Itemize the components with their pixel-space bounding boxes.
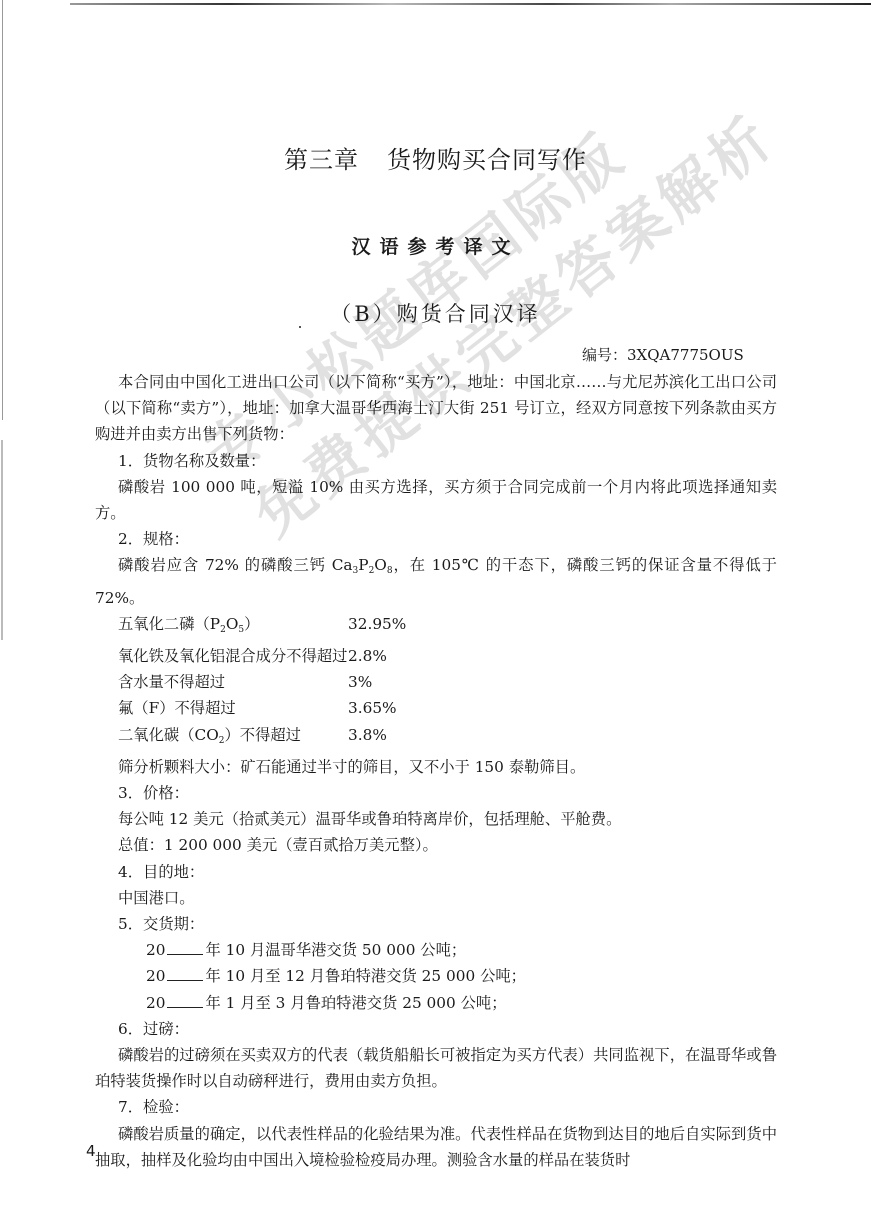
sieve-analysis: 筛分析颗料大小：矿石能通过半寸的筛目，又不小于 150 泰勒筛目。 [95,754,777,780]
delivery-text: 年 1 月至 3 月鲁珀特港交货 25 000 公吨； [205,994,506,1012]
clause-1-heading: 1．货物名称及数量： [95,448,777,474]
clause-4-heading: 4．目的地： [95,859,777,885]
chapter-name: 货物购买合同写作 [387,146,587,174]
delivery-line: 20年 1 月至 3 月鲁珀特港交货 25 000 公吨； [95,990,777,1016]
spec-row: 氟（F）不得超过 3.65% [95,695,777,721]
year-blank [167,993,203,1008]
spec-label: 氧化铁及氧化铝混合成分不得超过 [118,643,348,669]
spec-row: 含水量不得超过 3% [95,669,777,695]
spec-value: 3% [348,669,372,695]
clause-5-heading: 5．交货期： [95,911,777,937]
spec-row: 二氧化碳（CO2）不得超过 3.8% [95,722,777,754]
scan-edge-left [2,0,3,420]
delivery-text: 年 10 月至 12 月鲁珀特港交货 25 000 公吨； [205,967,526,985]
destination-text: 中国港口。 [95,885,777,911]
spec-value: 32.95% [348,611,406,643]
clause-2-heading: 2．规格： [95,526,777,552]
preamble: 本合同由中国化工进出口公司（以下简称“买方”），地址：中国北京……与尤尼苏滨化工… [95,369,777,448]
clause-3-heading: 3．价格： [95,780,777,806]
clause-2-text: 磷酸岩应含 72% 的磷酸三钙 Ca3P2O8，在 105℃ 的干态下，磷酸三钙… [95,552,777,610]
price-line: 每公吨 12 美元（拾贰美元）温哥华或鲁珀特离岸价，包括理舱、平舱费。 [95,806,777,832]
scan-edge-left-lower [1,440,3,640]
text: ）不得超过 [224,726,301,744]
spec-row: 氧化铁及氧化铝混合成分不得超过 2.8% [95,643,777,669]
spec-value: 2.8% [348,643,387,669]
spec-label: 二氧化碳（CO2）不得超过 [118,722,348,754]
text: 五氧化二磷（P [118,615,220,633]
year-prefix: 20 [146,967,165,985]
total-value-line: 总值：1 200 000 美元（壹百贰拾万美元整）。 [95,832,777,858]
spec-value: 3.65% [348,695,397,721]
delivery-line: 20年 10 月至 12 月鲁珀特港交货 25 000 公吨； [95,963,777,989]
clause-1-text: 磷酸岩 100 000 吨，短溢 10% 由买方选择，买方须于合同完成前一个月内… [95,474,777,526]
text: ） [244,615,259,633]
text: O [226,615,239,633]
section-title: 汉语参考译文 [0,232,871,259]
contract-body: 本合同由中国化工进出口公司（以下简称“买方”），地址：中国北京……与尤尼苏滨化工… [95,369,777,1173]
year-prefix: 20 [146,941,165,959]
text: 二氧化碳（CO [118,726,219,744]
spec-row: 五氧化二磷（P2O5） 32.95% [95,611,777,643]
text: P [358,556,368,574]
clause-6-text: 磷酸岩的过磅须在买卖双方的代表（载货船船长可被指定为买方代表）共同监视下，在温哥… [95,1042,777,1094]
year-blank [167,940,203,955]
spec-label: 氟（F）不得超过 [118,695,348,721]
sub-title: （B）购货合同汉译 [0,298,871,328]
text: O [374,556,387,574]
chapter-number: 第三章 [284,146,359,174]
clause-6-heading: 6．过磅： [95,1016,777,1042]
year-prefix: 20 [146,994,165,1012]
chapter-title: 第三章货物购买合同写作 [0,140,871,175]
spec-value: 3.8% [348,722,387,754]
spec-label: 含水量不得超过 [118,669,348,695]
contract-number: 编号：3XQA7775OUS [582,344,744,365]
spec-label: 五氧化二磷（P2O5） [118,611,348,643]
stray-dot [299,326,301,328]
year-blank [167,966,203,981]
page-top-rule [70,3,871,5]
delivery-line: 20年 10 月温哥华港交货 50 000 公吨； [95,937,777,963]
text: 磷酸岩应含 72% 的磷酸三钙 Ca [118,556,353,574]
clause-7-heading: 7．检验： [95,1094,777,1120]
delivery-text: 年 10 月温哥华港交货 50 000 公吨； [205,941,466,959]
clause-7-text: 磷酸岩质量的确定，以代表性样品的化验结果为准。代表性样品在货物到达目的地后自实际… [95,1121,777,1173]
page-number: 4 [86,1142,96,1160]
